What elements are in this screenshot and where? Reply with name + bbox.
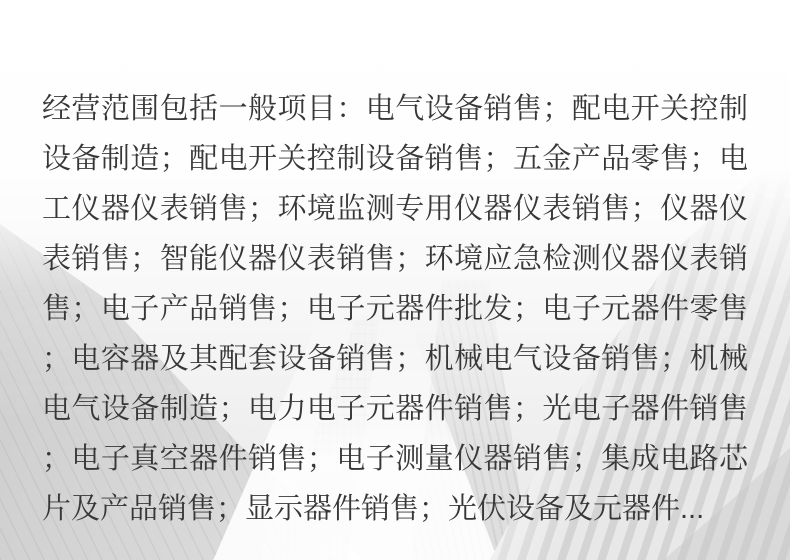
business-scope-line: 售；电子产品销售；电子元器件批发；电子元器件零售 xyxy=(42,284,748,334)
business-scope-line: ；电容器及其配套设备销售；机械电气设备销售；机械 xyxy=(42,334,748,384)
business-scope-line: 工仪器仪表销售；环境监测专用仪器仪表销售；仪器仪 xyxy=(42,184,748,234)
business-scope-line: 经营范围包括一般项目：电气设备销售；配电开关控制 xyxy=(42,84,748,134)
business-scope-line: 电气设备制造；电力电子元器件销售；光电子器件销售 xyxy=(42,384,748,434)
business-scope-line: 表销售；智能仪器仪表销售；环境应急检测仪器仪表销 xyxy=(42,234,748,284)
business-scope-line: ；电子真空器件销售；电子测量仪器销售；集成电路芯 xyxy=(42,434,748,484)
business-scope-text: 经营范围包括一般项目：电气设备销售；配电开关控制 设备制造；配电开关控制设备销售… xyxy=(42,84,748,534)
business-scope-line: 片及产品销售；显示器件销售；光伏设备及元器件... xyxy=(42,484,748,534)
page: 经营范围包括一般项目：电气设备销售；配电开关控制 设备制造；配电开关控制设备销售… xyxy=(0,0,790,560)
business-scope-line: 设备制造；配电开关控制设备销售；五金产品零售；电 xyxy=(42,134,748,184)
